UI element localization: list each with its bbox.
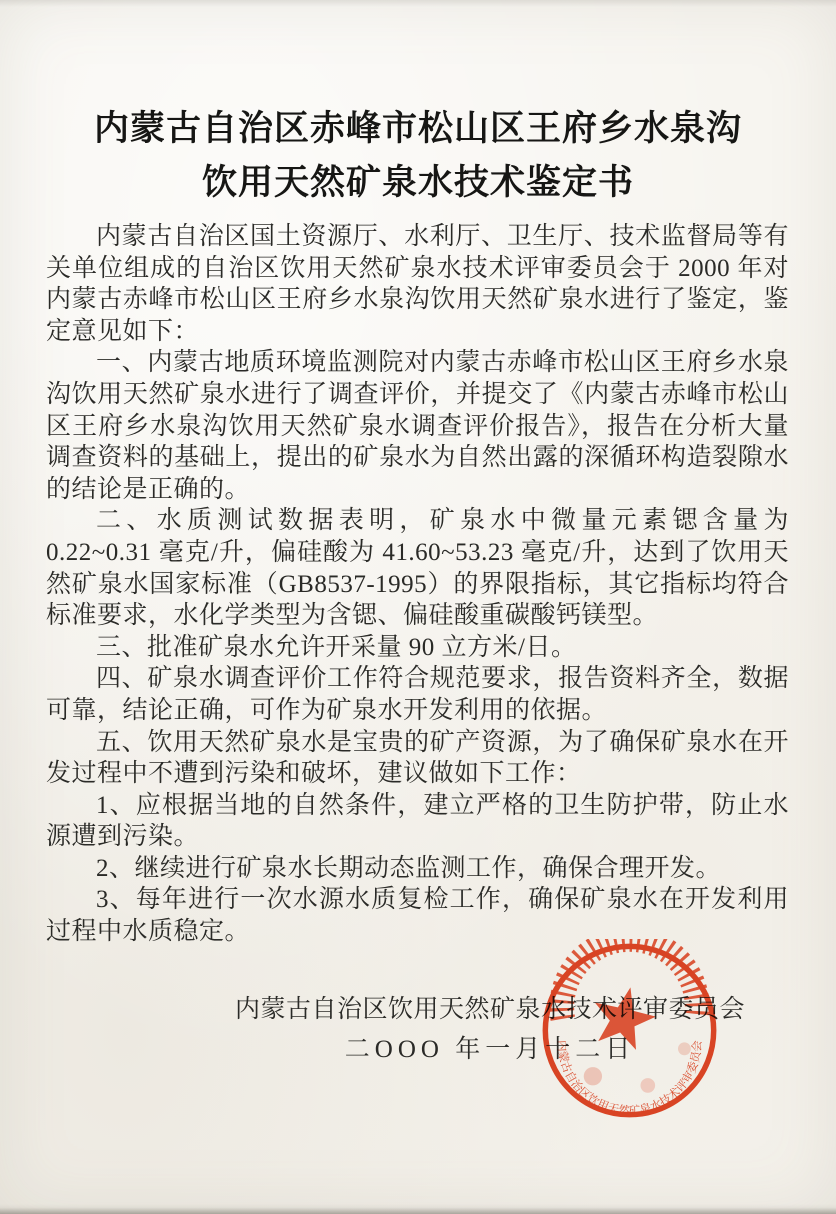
official-seal: 内蒙古自治区饮用天然矿泉水技术评审委员会 bbox=[538, 939, 721, 1122]
paragraph-sub-2: 2、继续进行矿泉水长期动态监测工作，确保合理开发。 bbox=[46, 853, 789, 885]
paragraph-item-3: 三、批准矿泉水允许开采量 90 立方米/日。 bbox=[46, 632, 789, 664]
paragraph-intro: 内蒙古自治区国土资源厅、水利厅、卫生厅、技术监督局等有关单位组成的自治区饮用天然… bbox=[46, 221, 789, 347]
star-icon bbox=[592, 986, 657, 1051]
document-body: 内蒙古自治区国土资源厅、水利厅、卫生厅、技术监督局等有关单位组成的自治区饮用天然… bbox=[46, 221, 789, 948]
paragraph-item-1: 一、内蒙古地质环境监测院对内蒙古赤峰市松山区王府乡水泉沟饮用天然矿泉水进行了调查… bbox=[46, 347, 789, 505]
paragraph-item-5: 五、饮用天然矿泉水是宝贵的矿产资源，为了确保矿泉水在开发过程中不遭到污染和破坏，… bbox=[46, 727, 789, 790]
paragraph-sub-1: 1、应根据当地的自然条件，建立严格的卫生防护带，防止水源遭到污染。 bbox=[46, 790, 789, 853]
title-line-2: 饮用天然矿泉水技术鉴定书 bbox=[0, 156, 836, 210]
scan-edge-bottom bbox=[0, 1204, 836, 1214]
document-title: 内蒙古自治区赤峰市松山区王府乡水泉沟 饮用天然矿泉水技术鉴定书 bbox=[0, 102, 836, 210]
paragraph-item-4: 四、矿泉水调查评价工作符合规范要求，报告资料齐全，数据可靠，结论正确，可作为矿泉… bbox=[46, 663, 789, 726]
seal-ink-blotch bbox=[678, 1042, 691, 1055]
title-line-1: 内蒙古自治区赤峰市松山区王府乡水泉沟 bbox=[0, 102, 836, 156]
seal-ink-blotch bbox=[640, 1078, 655, 1093]
seal-ink-blotch bbox=[584, 1067, 602, 1085]
paragraph-item-2: 二、水质测试数据表明，矿泉水中微量元素锶含量为 0.22~0.31 毫克/升，偏… bbox=[46, 505, 789, 631]
scanned-document-page: 内蒙古自治区赤峰市松山区王府乡水泉沟 饮用天然矿泉水技术鉴定书 内蒙古自治区国土… bbox=[0, 0, 836, 1214]
scan-edge-top bbox=[0, 0, 836, 7]
